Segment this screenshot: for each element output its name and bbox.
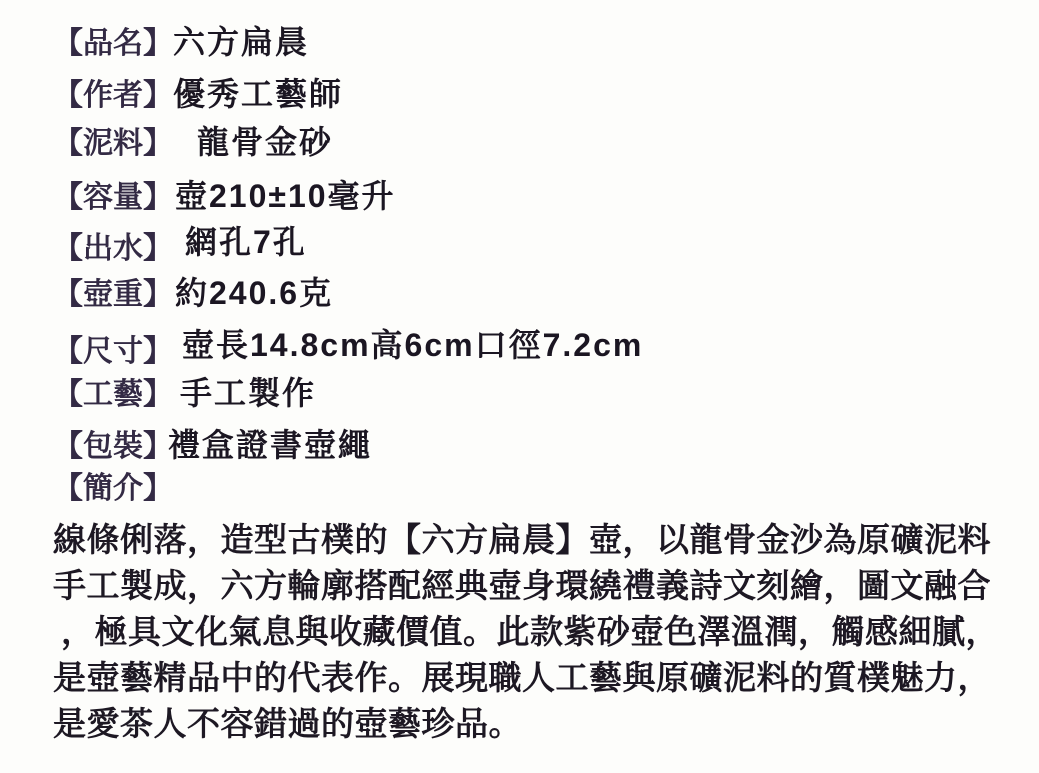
spec-row-intro-heading: 【簡介】 [53, 474, 173, 504]
spec-label: 【出水】 [53, 234, 173, 264]
intro-line: 是愛茶人不容錯過的壺藝珍品。 [53, 701, 1013, 747]
spec-label: 【包裝】 [53, 432, 173, 462]
intro-line: 是壺藝精品中的代表作。展現職人工藝與原礦泥料的質樸魅力， [53, 655, 1013, 701]
intro-line: ，極具文化氣息與收藏價值。此款紫砂壺色澤溫潤，觸感細膩， [53, 609, 1013, 655]
spec-label: 【工藝】 [53, 380, 173, 410]
spec-row-dimensions: 【尺寸】壺長14.8cm高6cm口徑7.2cm [53, 334, 643, 367]
spec-value: 禮盒證書壺繩 [168, 429, 372, 461]
spec-value: 六方扁晨 [173, 26, 309, 58]
spec-row-packaging: 【包裝】禮盒證書壺繩 [53, 429, 372, 462]
spec-value: 約240.6克 [175, 277, 333, 309]
intro-line: 手工製成，六方輪廓搭配經典壺身環繞禮義詩文刻繪，圖文融合 [53, 563, 1013, 609]
intro-paragraph: 線條俐落，造型古樸的【六方扁晨】壺，以龍骨金沙為原礦泥料 手工製成，六方輪廓搭配… [53, 517, 1013, 747]
spec-row-author: 【作者】優秀工藝師 [53, 78, 343, 111]
spec-label: 【品名】 [53, 29, 173, 59]
spec-row-craftsmanship: 【工藝】手工製作 [53, 377, 316, 410]
spec-row-clay-material: 【泥料】龍骨金砂 [53, 126, 333, 159]
spec-label: 【尺寸】 [53, 337, 173, 367]
spec-label: 【容量】 [53, 183, 173, 213]
spec-value: 優秀工藝師 [173, 78, 343, 110]
spec-value: 壺長14.8cm高6cm口徑7.2cm [182, 329, 643, 361]
spec-value: 手工製作 [180, 377, 316, 409]
product-description-sheet: 【品名】六方扁晨 【作者】優秀工藝師 【泥料】龍骨金砂 【容量】壺210±10毫… [0, 0, 1039, 773]
spec-label: 【泥料】 [53, 129, 173, 159]
spec-row-pour-holes: 【出水】網孔7孔 [53, 231, 307, 264]
spec-label: 【簡介】 [53, 474, 173, 504]
spec-value: 網孔7孔 [185, 226, 307, 258]
spec-label: 【壺重】 [53, 280, 173, 310]
spec-value: 龍骨金砂 [197, 126, 333, 158]
spec-label: 【作者】 [53, 81, 173, 111]
spec-row-product-name: 【品名】六方扁晨 [53, 26, 309, 59]
intro-line: 線條俐落，造型古樸的【六方扁晨】壺，以龍骨金沙為原礦泥料 [53, 517, 1013, 563]
spec-row-capacity: 【容量】壺210±10毫升 [53, 180, 396, 213]
spec-value: 壺210±10毫升 [175, 180, 396, 212]
spec-row-weight: 【壺重】約240.6克 [53, 277, 333, 310]
